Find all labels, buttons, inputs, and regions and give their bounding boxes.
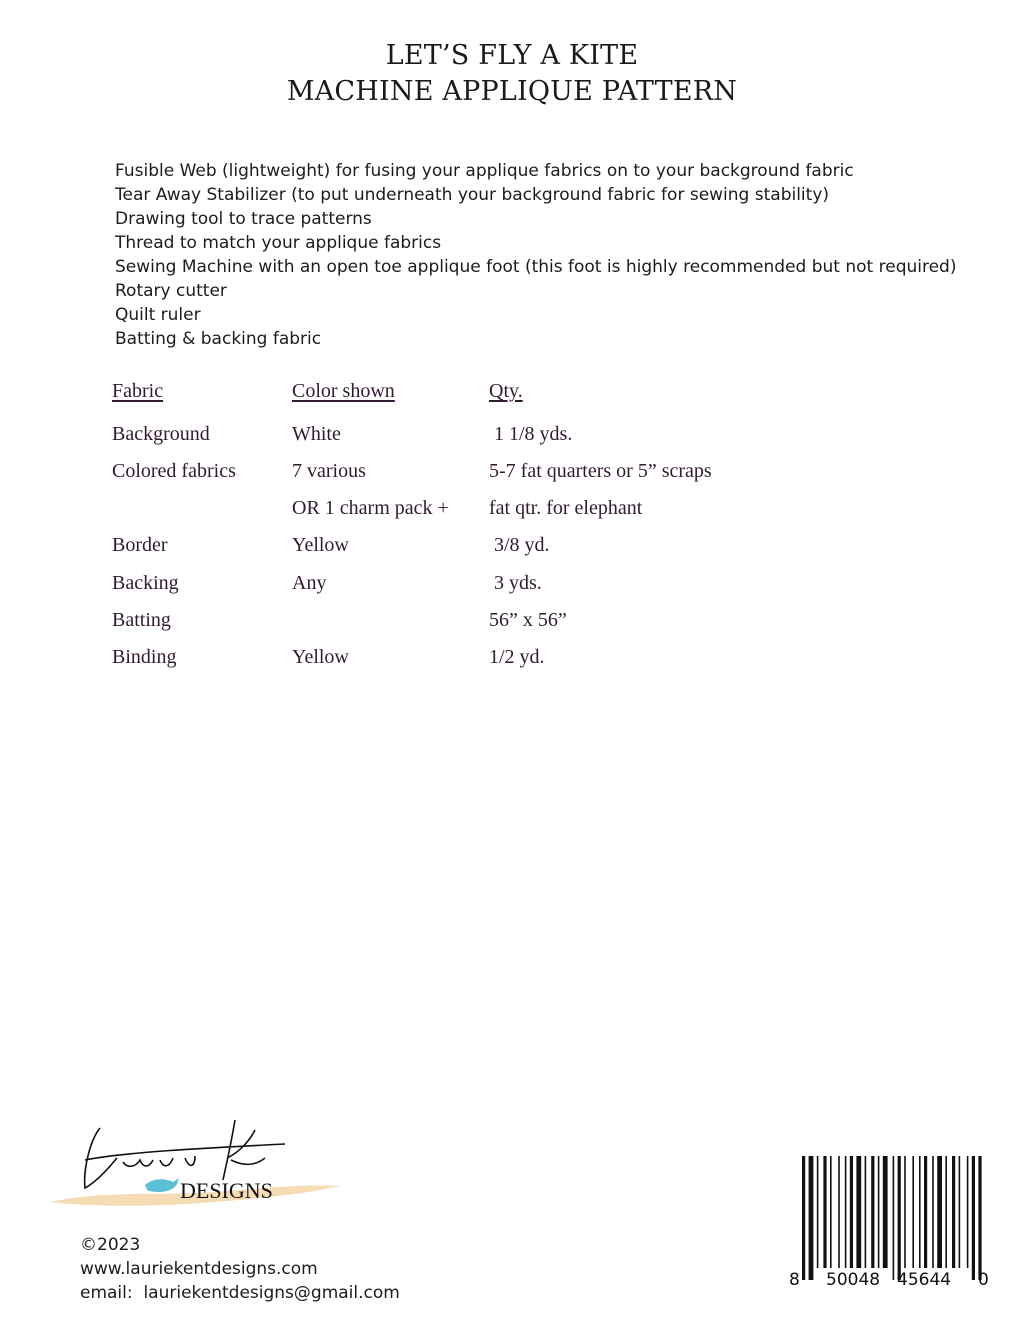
color-cell: 7 various [292,460,366,483]
footer-contact: ©2023 www.lauriekentdesigns.com email: l… [80,1233,400,1305]
fabric-cell: Backing [112,572,179,595]
header-color-shown: Color shown [292,380,395,403]
supply-item: Rotary cutter [115,279,956,303]
qty-cell: 3/8 yd. [489,534,550,557]
color-cell: Any [292,572,326,595]
barcode-digit-first: 8 [789,1270,800,1290]
title-line-1: LET’S FLY A KITE [0,38,1024,74]
fabric-cell: Binding [112,646,176,669]
bird-icon [145,1178,179,1192]
qty-cell: 5-7 fat quarters or 5” scraps [489,460,712,483]
qty-cell: fat qtr. for elephant [489,497,642,520]
supply-item: Sewing Machine with an open toe applique… [115,255,956,279]
fabric-cell: Batting [112,609,171,632]
email-line: email: lauriekentdesigns@gmail.com [80,1281,400,1305]
fabric-cell: Border [112,534,168,557]
supply-item: Batting & backing fabric [115,327,956,351]
supplies-list: Fusible Web (lightweight) for fusing you… [115,159,956,351]
supply-item: Fusible Web (lightweight) for fusing you… [115,159,956,183]
color-cell: OR 1 charm pack + [292,497,449,520]
barcode-group-left: 50048 [826,1270,880,1290]
supply-item: Quilt ruler [115,303,956,327]
website-link[interactable]: www.lauriekentdesigns.com [80,1257,400,1281]
barcode-icon [786,1152,996,1292]
page-title: LET’S FLY A KITE MACHINE APPLIQUE PATTER… [0,38,1024,110]
barcode-digit-last: 0 [978,1270,989,1290]
color-cell: Yellow [292,534,349,557]
title-line-2: MACHINE APPLIQUE PATTERN [0,74,1024,110]
header-qty: Qty. [489,380,523,403]
qty-cell: 56” x 56” [489,609,567,632]
supply-item: Drawing tool to trace patterns [115,207,956,231]
email-label: email: [80,1283,133,1303]
supply-item: Thread to match your applique fabrics [115,231,956,255]
header-fabric: Fabric [112,380,163,403]
supply-item: Tear Away Stabilizer (to put underneath … [115,183,956,207]
laurie-kent-designs-logo: DESIGNS [45,1110,345,1220]
qty-cell: 3 yds. [489,572,542,595]
barcode-group-right: 45644 [897,1270,951,1290]
qty-cell: 1 1/8 yds. [489,423,572,446]
fabric-cell: Colored fabrics [112,460,236,483]
fabric-cell: Background [112,423,210,446]
color-cell: Yellow [292,646,349,669]
copyright: ©2023 [80,1233,400,1257]
email-link[interactable]: lauriekentdesigns@gmail.com [143,1283,399,1303]
qty-cell: 1/2 yd. [489,646,545,669]
logo-designs-text: DESIGNS [180,1178,273,1203]
color-cell: White [292,423,341,446]
